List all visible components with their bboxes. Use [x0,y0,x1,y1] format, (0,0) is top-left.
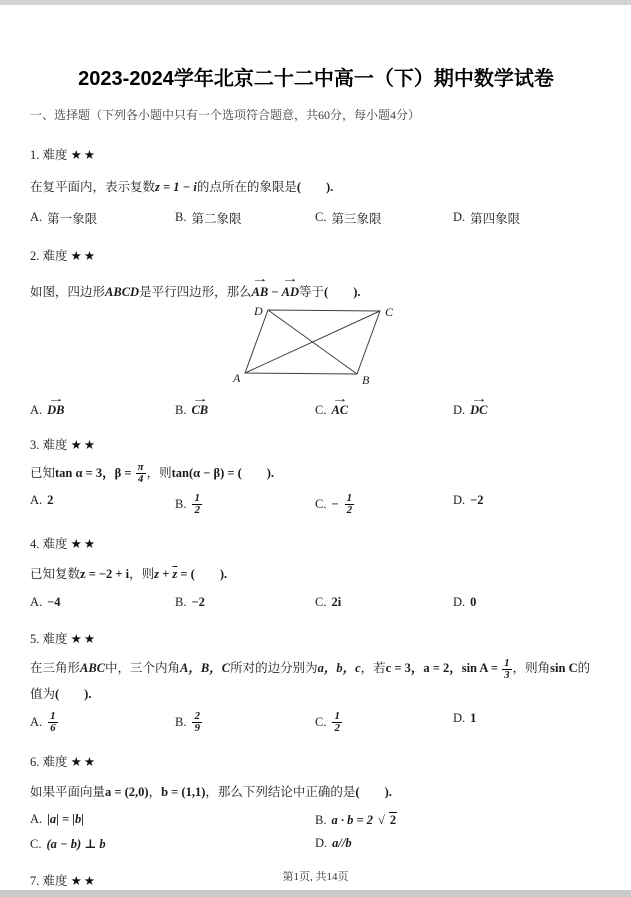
stem-text: 所对的边分别为 [230,661,318,675]
option-a: A.−4 [30,595,175,610]
vector-arrow-icon: → [47,394,64,405]
option-d: D.1 [453,711,602,726]
parallelogram-figure: A B C D [230,304,420,388]
bottom-edge-bar [0,890,631,897]
question-number: 2. 难度 [30,249,68,263]
math-expression: a，b，c [318,661,361,675]
option-c: C.(a − b) ⊥ b [30,836,315,852]
option-letter: B. [175,497,186,512]
fraction-denominator: 2 [192,504,202,517]
question-4-label: 4. 难度 ★★ [30,534,602,552]
vector-ab: →AB [252,283,269,302]
option-value: 1 [470,711,476,726]
option-a: A.→DB [30,403,175,418]
vector-letters: AD [282,285,299,299]
page-title: 2023-2024学年北京二十二中高一（下）期中数学试卷 [30,66,602,92]
vertex-label-b: B [362,373,370,387]
option-b: B.→CB [175,403,315,418]
question-1-label: 1. 难度 ★★ [30,145,602,163]
vector-arrow-icon: → [251,274,268,285]
option-d: D.a//b [315,836,600,851]
question-5-label: 5. 难度 ★★ [30,629,602,647]
question-3-options: A.2 B.12 C.−12 D.−2 [30,493,602,517]
math-expression: tan(α − β) = [172,465,238,479]
stem-text: ，则 [147,465,172,479]
answer-blank: ( ). [55,687,91,701]
question-number: 1. 难度 [30,148,68,162]
fraction-numerator: 1 [332,711,342,723]
difficulty-stars: ★★ [71,438,97,452]
option-letter: D. [453,711,465,726]
vertex-label-c: C [385,305,394,319]
option-letter: A. [30,493,42,508]
question-6-options-row-1: A.|a| = |b| B.a · b = 2√2 [30,812,602,828]
stem-text: 中，三个内角 [105,661,180,675]
math-expression: z + [154,567,172,581]
option-letter: A. [30,403,42,418]
option-value: a · b = 2 [331,813,373,828]
difficulty-stars: ★★ [71,249,97,263]
stem-text: 在三角形 [30,661,80,675]
vertex-label-a: A [232,371,241,385]
option-letter: B. [175,595,186,610]
difficulty-stars: ★★ [71,755,97,769]
option-value: −4 [47,595,60,610]
option-value: a//b [332,836,351,851]
math-expression: z = 1 − i [155,180,197,194]
option-letter: C. [30,837,41,852]
option-letter: D. [453,595,465,610]
option-d: D.→DC [453,403,602,418]
fraction-numerator: 2 [192,711,202,723]
option-value: |a| = |b| [47,812,84,827]
stem-text: 是平行四边形，那么 [139,285,252,299]
difficulty-stars: ★★ [71,148,97,162]
option-letter: D. [315,836,327,851]
option-b: B.−2 [175,595,315,610]
stem-text: ，则 [129,567,154,581]
page-number-footer: 第1页, 共14页 [0,868,631,884]
vector-ad: →AD [282,283,299,302]
answer-blank: ( ). [324,285,360,299]
answer-blank: ( ). [238,465,274,479]
math-operator: − [268,285,281,299]
option-letter: B. [175,210,186,225]
fraction-denominator: 3 [502,669,512,682]
vector-option: →AC [331,403,348,418]
fraction: 12 [192,493,202,517]
fraction: 13 [502,658,512,682]
option-value: −2 [191,595,204,610]
option-c: C.→AC [315,403,453,418]
option-value: −2 [470,493,483,508]
vector-option: →DB [47,403,64,418]
exam-page: 2023-2024学年北京二十二中高一（下）期中数学试卷 一、选择题（下列各小题… [30,0,602,889]
option-letter: C. [315,210,326,225]
vector-arrow-icon: → [470,394,487,405]
option-value: 0 [470,595,476,610]
fraction-numerator: 1 [345,493,355,505]
option-letter: A. [30,210,42,225]
option-a: A.16 [30,711,175,735]
option-a: A.|a| = |b| [30,812,315,827]
minus-sign: − [331,497,338,512]
option-b: B.29 [175,711,315,735]
math-operator: = [177,567,190,581]
vertex-label-d: D [253,304,263,318]
question-1-stem: 在复平面内，表示复数z = 1 − i的点所在的象限是( ). [30,178,602,197]
fraction-numerator: 1 [48,711,58,723]
stem-text: 的点所在的象限是 [197,180,297,194]
option-letter: A. [30,715,42,730]
question-4-options: A.−4 B.−2 C.2i D.0 [30,595,602,610]
stem-text: 已知复数 [30,567,80,581]
option-letter: C. [315,403,326,418]
option-d: D.−2 [453,493,602,508]
option-value: 2i [331,595,341,610]
fraction: 12 [332,711,342,735]
option-letter: D. [453,210,465,225]
option-b: B.12 [175,493,315,517]
fraction: 12 [345,493,355,517]
answer-blank: ( ). [297,180,333,194]
option-b: B.a · b = 2√2 [315,812,600,828]
fraction: 29 [192,711,202,735]
option-a: A.第一象限 [30,209,175,227]
parallelogram-svg: A B C D [230,304,420,388]
fraction-denominator: 2 [345,504,355,517]
option-letter: B. [175,403,186,418]
fraction-denominator: 2 [332,722,342,735]
question-2-options: A.→DB B.→CB C.→AC D.→DC [30,394,602,418]
math-expression: tan α = 3，β = [55,465,135,479]
question-3-label: 3. 难度 ★★ [30,435,602,453]
fraction-numerator: 1 [192,493,202,505]
vector-letters: AB [252,285,269,299]
answer-blank: ( ). [355,785,391,799]
sqrt-sign: √ [378,813,385,828]
question-number: 3. 难度 [30,438,68,452]
fraction: 16 [48,711,58,735]
question-5-options: A.16 B.29 C.12 D.1 [30,711,602,735]
question-number: 5. 难度 [30,632,68,646]
vector-arrow-icon: → [191,394,208,405]
question-6-label: 6. 难度 ★★ [30,752,602,770]
math-expression: z = −2 + i [80,567,129,581]
fraction-denominator: 6 [48,722,58,735]
option-a: A.2 [30,493,175,508]
stem-text: ，则角 [513,661,551,675]
option-text: 第二象限 [191,209,241,227]
option-letter: C. [315,595,326,610]
option-text: 第四象限 [470,209,520,227]
sqrt-radicand: 2 [389,812,397,828]
question-number: 6. 难度 [30,755,68,769]
vector-arrow-icon: → [331,394,348,405]
option-d: D.0 [453,595,602,610]
math-expression: ABCD [105,285,139,299]
option-letter: C. [315,497,326,512]
fraction-denominator: 9 [192,722,202,735]
stem-text: 已知 [30,465,55,479]
option-c: C.−12 [315,493,453,517]
answer-blank: ( ). [191,567,227,581]
math-expression: a = (2,0) [105,785,149,799]
stem-text: ， [149,785,162,799]
question-1-options: A.第一象限 B.第二象限 C.第三象限 D.第四象限 [30,209,602,227]
fraction-denominator: 4 [136,473,146,486]
stem-text: 如图，四边形 [30,285,105,299]
math-expression: sin C [550,661,577,675]
math-expression: c = 3，a = 2，sin A = [386,661,501,675]
fraction-numerator: π [136,462,146,474]
option-text: 第三象限 [331,209,381,227]
vector-option: →CB [191,403,208,418]
diagonal-db [268,310,357,374]
option-c: C.第三象限 [315,209,453,227]
option-letter: C. [315,715,326,730]
math-expression: b = (1,1) [161,785,205,799]
option-letter: D. [453,403,465,418]
stem-text: 等于 [299,285,324,299]
question-6-stem: 如果平面向量a = (2,0)，b = (1,1)，那么下列结论中正确的是( )… [30,783,602,802]
stem-text: 如果平面向量 [30,785,105,799]
option-c: C.12 [315,711,453,735]
option-letter: A. [30,595,42,610]
stem-text: ，若 [361,661,386,675]
vector-option: →DC [470,403,487,418]
question-2-stem: 如图，四边形ABCD是平行四边形，那么→AB − →AD等于( ). [30,275,602,302]
question-6-options-row-2: C.(a − b) ⊥ b D.a//b [30,836,602,852]
question-3-stem: 已知tan α = 3，β = π4，则tan(α − β) = ( ). [30,462,602,486]
option-value: 2 [47,493,53,508]
vector-arrow-icon: → [282,274,299,285]
fraction: π4 [136,462,146,486]
question-2-label: 2. 难度 ★★ [30,246,602,264]
stem-text: ，那么下列结论中正确的是 [205,785,355,799]
stem-text: 在复平面内，表示复数 [30,180,155,194]
math-expression: A，B，C [180,661,230,675]
option-text: 第一象限 [47,209,97,227]
option-letter: B. [315,813,326,828]
fraction-numerator: 1 [502,658,512,670]
option-letter: B. [175,715,186,730]
option-c: C.2i [315,595,453,610]
difficulty-stars: ★★ [71,537,97,551]
difficulty-stars: ★★ [71,632,97,646]
question-5-stem: 在三角形ABC中，三个内角A，B，C所对的边分别为a，b，c，若c = 3，a … [30,656,602,706]
math-expression: ABC [80,661,105,675]
option-letter: A. [30,812,42,827]
option-letter: D. [453,493,465,508]
option-b: B.第二象限 [175,209,315,227]
section-header: 一、选择题（下列各小题中只有一个选项符合题意，共60分，每小题4分） [30,106,602,123]
option-d: D.第四象限 [453,209,602,227]
question-4-stem: 已知复数z = −2 + i，则z + z = ( ). [30,565,602,584]
question-number: 4. 难度 [30,537,68,551]
option-value: (a − b) ⊥ b [46,836,105,852]
